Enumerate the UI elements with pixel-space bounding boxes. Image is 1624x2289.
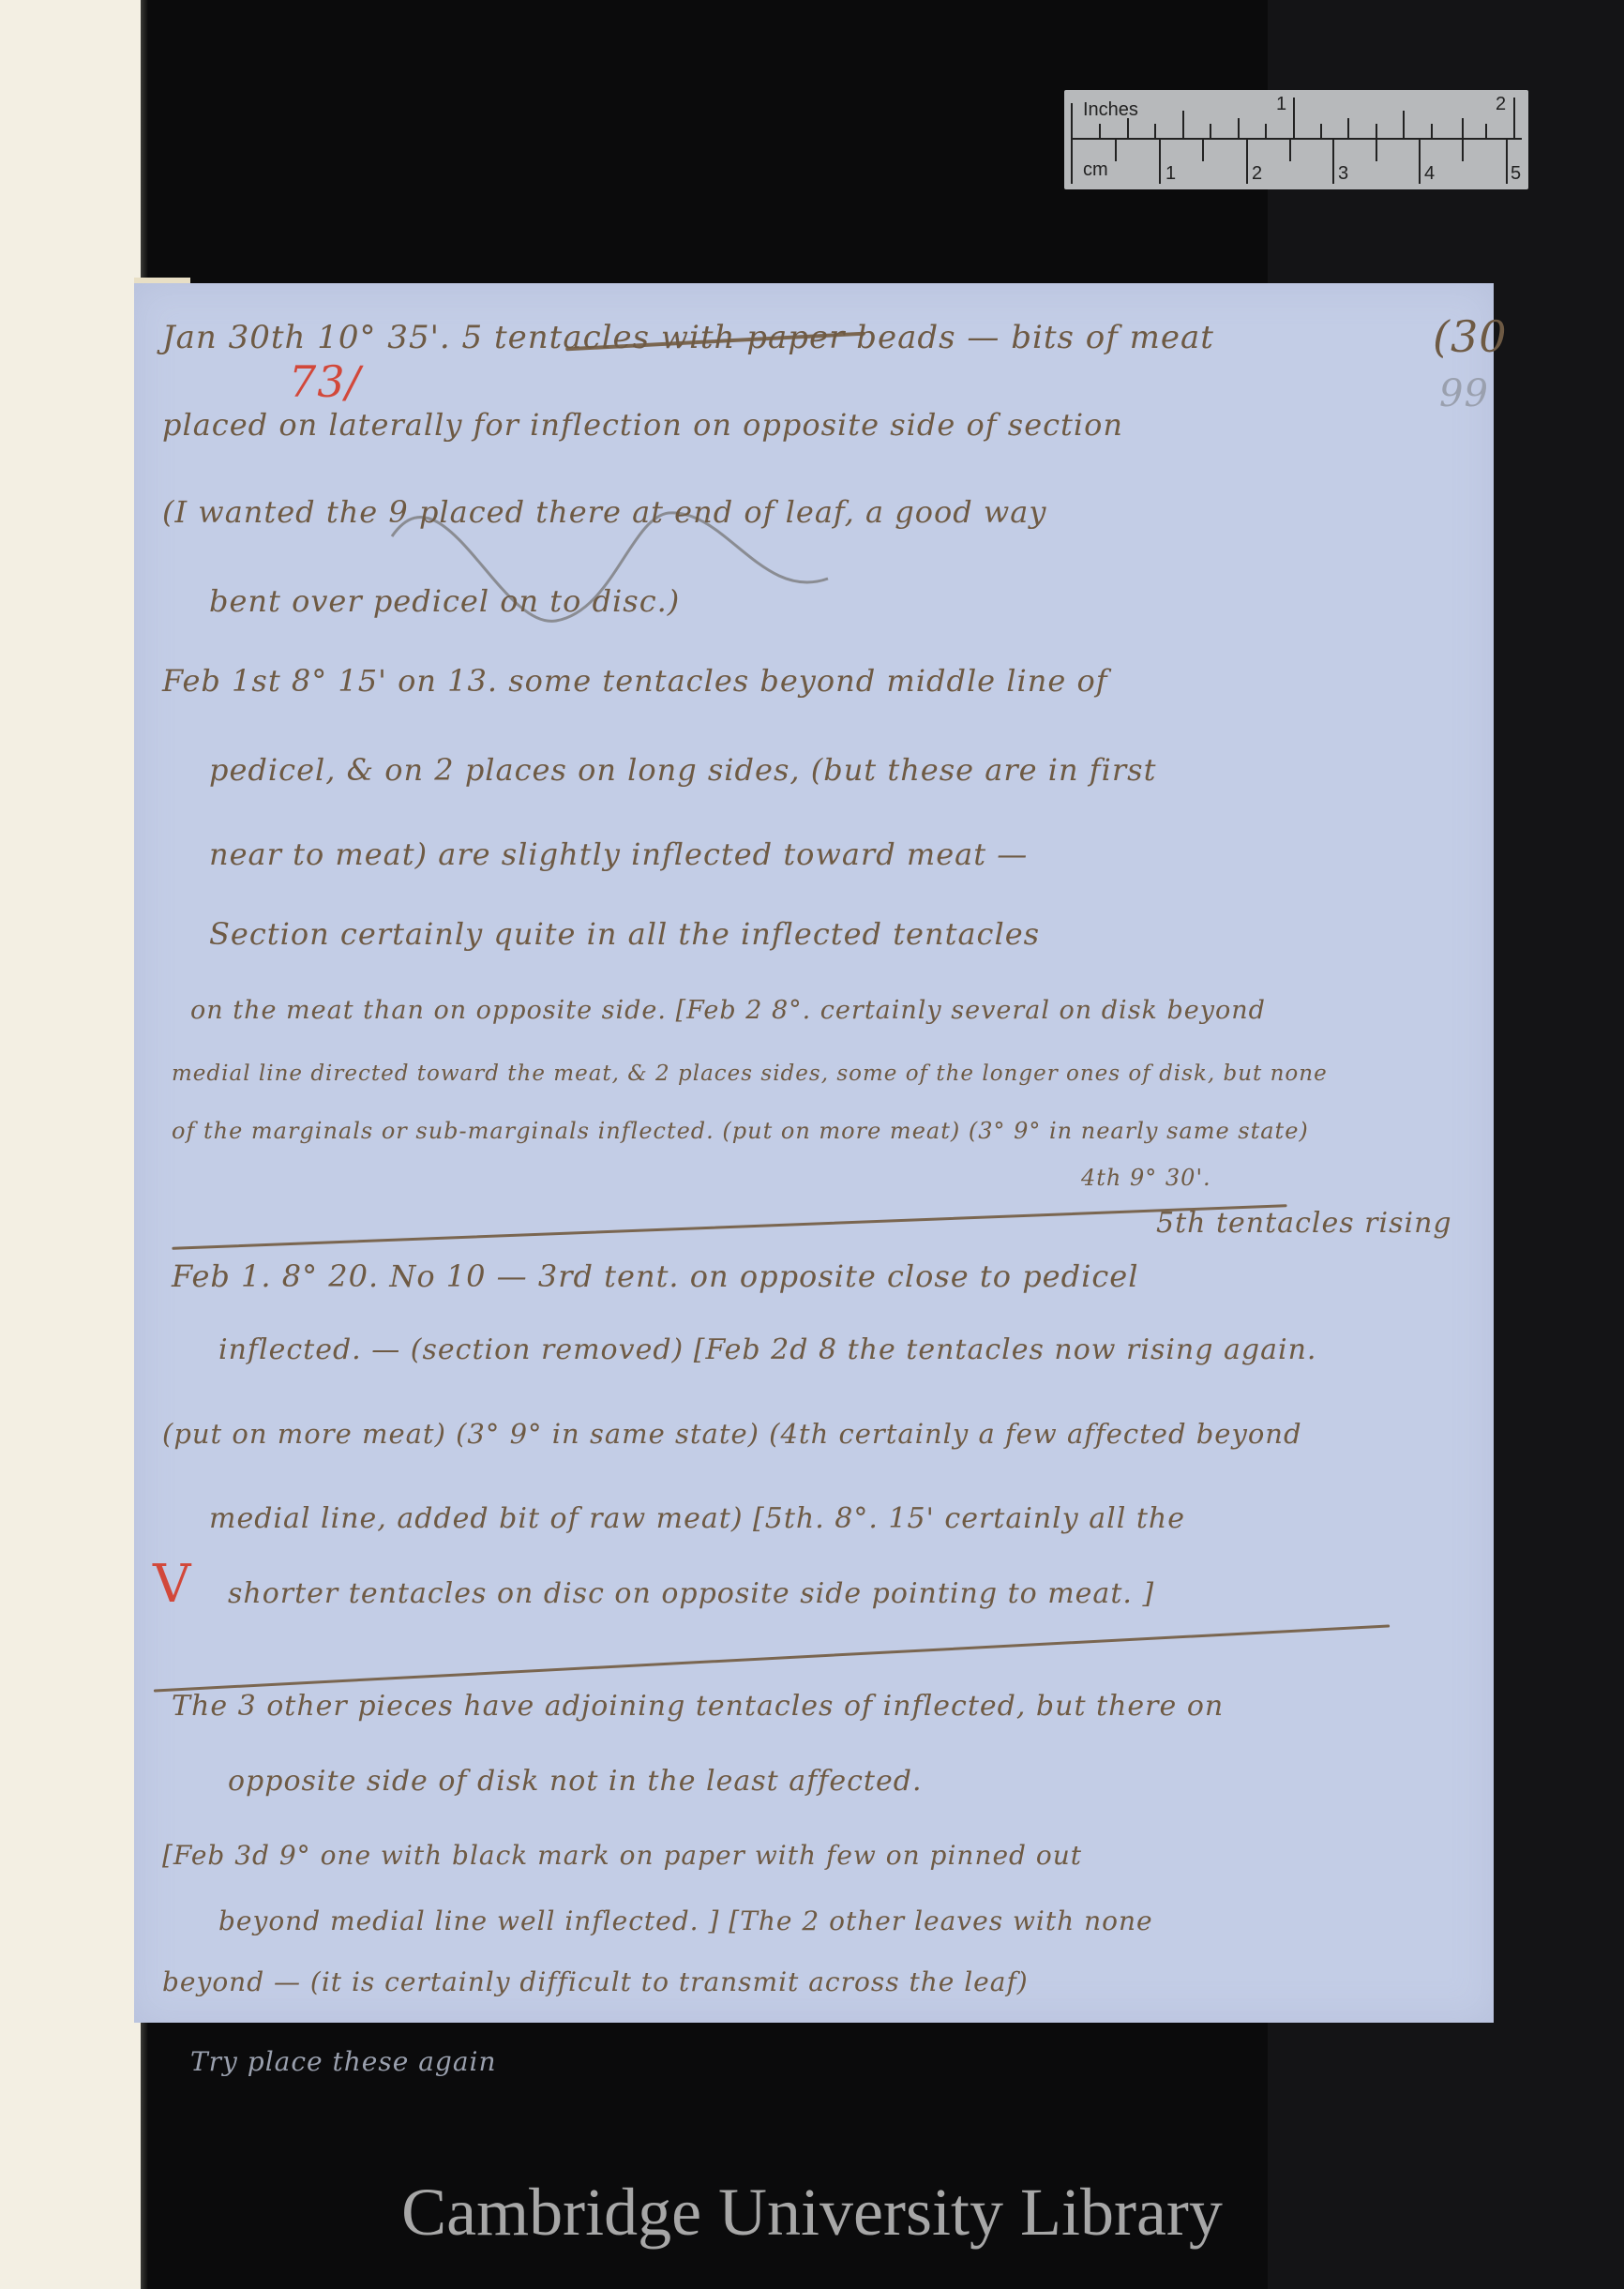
divider-stroke (172, 1204, 1286, 1250)
manuscript-line: The 3 other pieces have adjoining tentac… (172, 1690, 1224, 1723)
manuscript-line: (put on more meat) (3° 9° in same state)… (162, 1418, 1302, 1450)
institution-watermark: Cambridge University Library (0, 2174, 1624, 2251)
manuscript-line: opposite side of disk not in the least a… (228, 1765, 922, 1798)
manuscript-line: placed on laterally for inflection on op… (162, 407, 1123, 443)
ruler-cm-label: cm (1083, 159, 1108, 181)
ruler-inches-label: Inches (1083, 99, 1138, 121)
pencil-folio-number: 99 (1439, 372, 1489, 415)
manuscript-line: 5th tentacles rising (1156, 1207, 1452, 1240)
ruler-inch-mark: 1 (1276, 94, 1286, 115)
manuscript-line: medial line, added bit of raw meat) [5th… (209, 1502, 1185, 1535)
ruler-cm-mark: 1 (1165, 163, 1176, 185)
ruler-cm-mark: 3 (1338, 163, 1348, 185)
manuscript-line: Jan 30th 10° 35'. 5 tentacles with paper… (162, 319, 1214, 356)
folio-number: (30 (1433, 311, 1507, 362)
red-check-mark: V (153, 1554, 191, 1615)
red-number: 73/ (289, 356, 361, 407)
manuscript-line: pedicel, & on 2 places on long sides, (b… (209, 752, 1156, 788)
manuscript-line: [Feb 3d 9° one with black mark on paper … (162, 1840, 1082, 1871)
manuscript-line: Feb 1. 8° 20. No 10 — 3rd tent. on oppos… (172, 1258, 1138, 1294)
facing-page (0, 0, 141, 2289)
manuscript-line: bent over pedicel on to disc.) (209, 583, 680, 619)
manuscript-line: (I wanted the 9 placed there at end of l… (162, 494, 1046, 530)
ruler-cm-mark: 5 (1511, 163, 1521, 185)
ruler-cm-mark: 4 (1424, 163, 1435, 185)
manuscript-line: Section certainly quite in all the infle… (209, 916, 1040, 952)
ruler-cm-mark: 2 (1252, 163, 1262, 185)
manuscript-leaf: Jan 30th 10° 35'. 5 tentacles with paper… (134, 283, 1494, 2023)
manuscript-line: beyond — (it is certainly difficult to t… (162, 1966, 1029, 1997)
manuscript-line: near to meat) are slightly inflected tow… (209, 836, 1028, 872)
manuscript-line: Feb 1st 8° 15' on 13. some tentacles bey… (162, 663, 1108, 699)
manuscript-line: 4th 9° 30'. (1081, 1165, 1211, 1191)
manuscript-line: shorter tentacles on disc on opposite si… (228, 1577, 1154, 1610)
manuscript-line: on the meat than on opposite side. [Feb … (190, 996, 1266, 1025)
manuscript-line: medial line directed toward the meat, & … (172, 1062, 1328, 1086)
pencil-note: Try place these again (190, 2046, 497, 2077)
ruler-inch-mark: 2 (1496, 94, 1506, 115)
manuscript-line: of the marginals or sub-marginals inflec… (172, 1118, 1309, 1144)
manuscript-line: inflected. — (section removed) [Feb 2d 8… (218, 1333, 1316, 1366)
manuscript-line: beyond medial line well inflected. ] [Th… (218, 1905, 1153, 1936)
divider-stroke (154, 1624, 1390, 1692)
scale-ruler: Inches 1 2 cm 1 2 3 4 5 (1064, 90, 1528, 189)
